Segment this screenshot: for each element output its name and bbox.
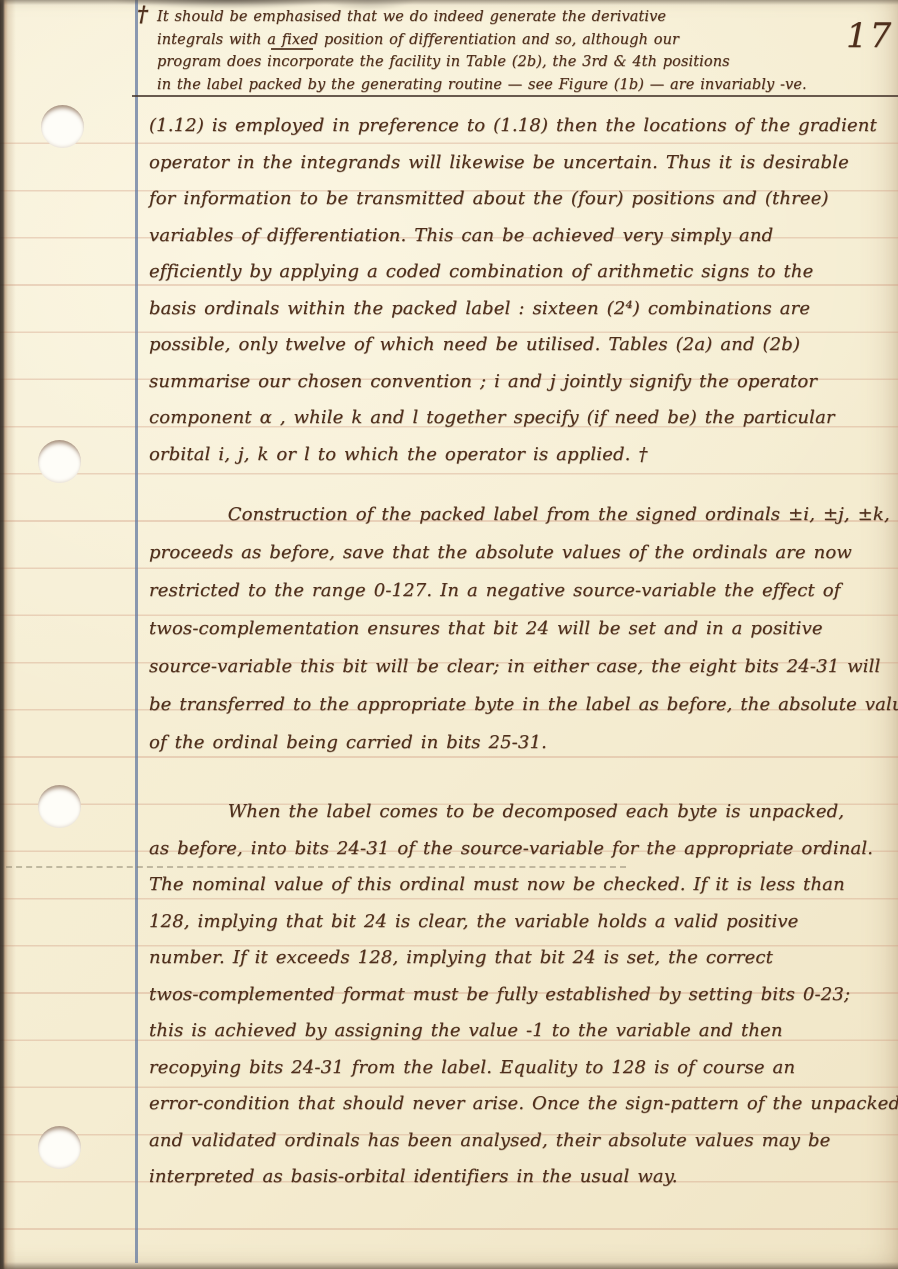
punch-hole bbox=[38, 1126, 81, 1169]
body-paragraph-1: (1.12) is employed in preference to (1.1… bbox=[149, 108, 894, 473]
margin-line bbox=[135, 0, 138, 1263]
notebook-page: † It should be emphasised that we do ind… bbox=[0, 0, 898, 1269]
faint-dashed-line-artifact bbox=[6, 866, 626, 868]
punch-hole bbox=[38, 785, 81, 828]
footnote-dagger-marker: † bbox=[137, 1, 148, 26]
body-paragraph-2: Construction of the packed label from th… bbox=[149, 496, 894, 762]
punch-hole bbox=[41, 105, 84, 148]
fixed-word-underline bbox=[271, 48, 313, 50]
punch-hole bbox=[38, 440, 81, 483]
scan-edge-left bbox=[0, 0, 16, 1269]
footnote-header-text: It should be emphasised that we do indee… bbox=[157, 6, 857, 96]
scan-edge-bottom bbox=[0, 1262, 898, 1269]
body-paragraph-3: When the label comes to be decomposed ea… bbox=[149, 794, 894, 1196]
page-number: 17 bbox=[846, 16, 893, 56]
